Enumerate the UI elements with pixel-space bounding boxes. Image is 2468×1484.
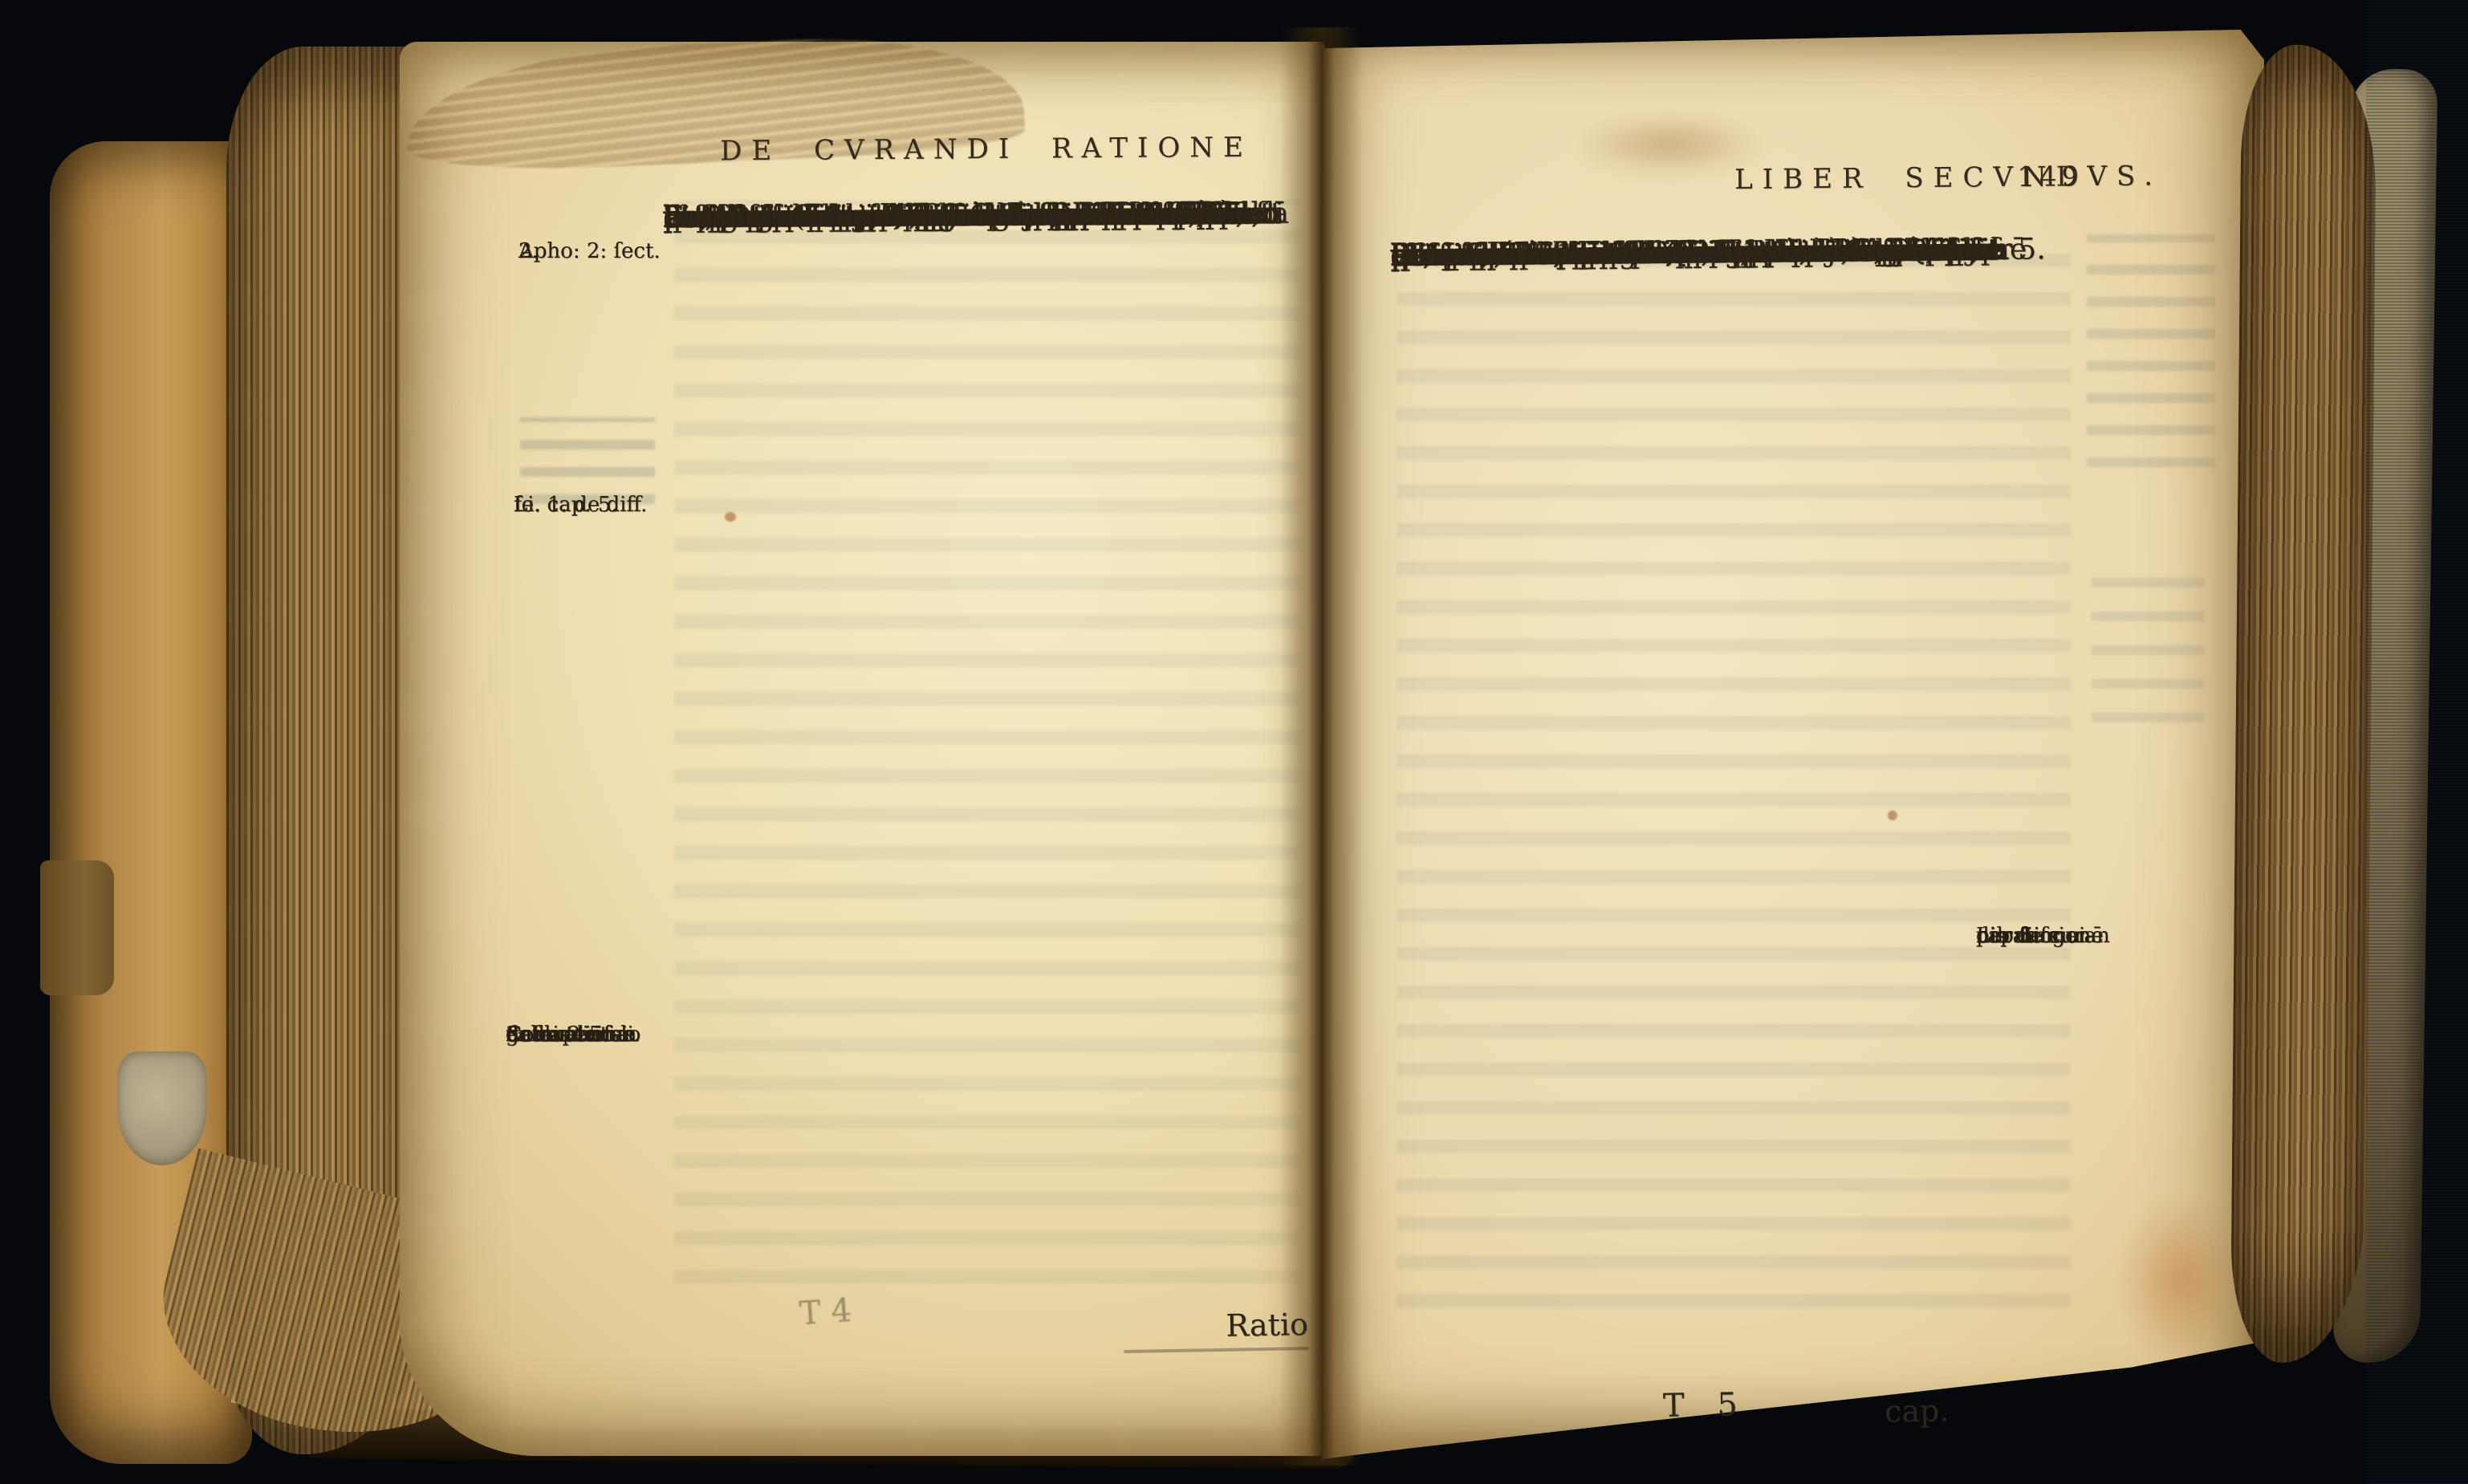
binding-strap <box>40 860 114 995</box>
right-catchword: cap. <box>1885 1393 1950 1429</box>
margin-note-line: ne cap. 5. <box>506 1021 608 1049</box>
left-running-header: DE CVRANDI RATIONE <box>663 131 1310 168</box>
gutter-fold-shadow <box>1279 27 1363 1466</box>
clasp-tongue <box>117 1051 207 1165</box>
text-line: cet idē lib. 1. de arte curatiua ad Glau… <box>1390 230 2027 275</box>
text-line: protinus ipſos corrumpit, ſed poſtmodū. <box>663 194 1253 236</box>
right-header-title: LIBER SECVNDVS. <box>1734 160 2162 196</box>
fore-edge-right-leaves <box>2230 44 2377 1363</box>
margin-note-line: cap 5. <box>1976 921 2040 951</box>
page-number: 149 <box>2017 161 2084 193</box>
signature-mark-ghost: T 4 <box>798 1292 852 1332</box>
left-catchword: Ratio <box>1124 1307 1309 1353</box>
margin-note-line: fe. cap. 5. <box>514 491 618 519</box>
book-scan-photo: DE CVRANDI RATIONE ſuſtinere nec vltra p… <box>0 0 2468 1484</box>
signature-mark: T 5 <box>1663 1386 1750 1425</box>
margin-note-line: Apho: 2: ſect. <box>518 238 661 266</box>
margin-note-line: 2. <box>518 238 539 266</box>
